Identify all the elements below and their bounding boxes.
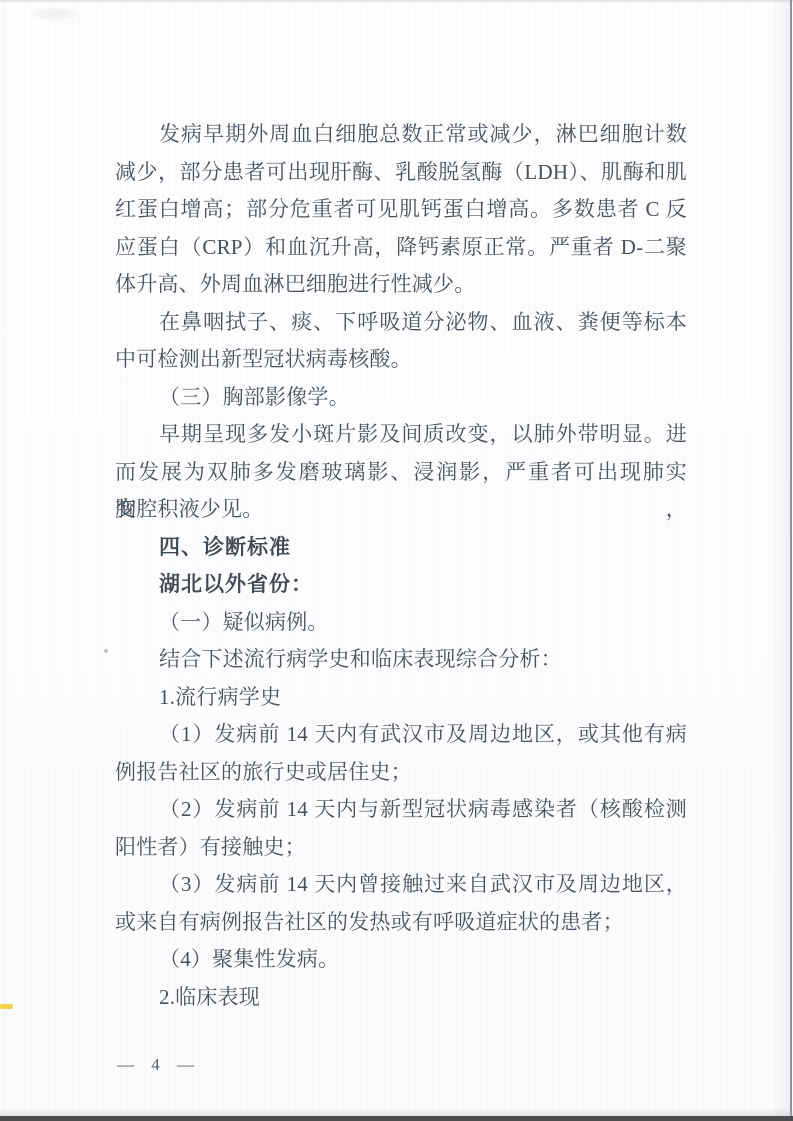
text-line: 红蛋白增高；部分危重者可见肌钙蛋白增高。多数患者 C 反 — [115, 191, 687, 229]
scan-edge-left — [4, 0, 5, 1121]
text-line: 而发展为双肺多发磨玻璃影、浸润影，严重者可出现肺实变， — [115, 454, 687, 492]
text-line: 早期呈现多发小斑片影及间质改变，以肺外带明显。进 — [115, 416, 687, 454]
subheading-clinical-manifestations: 2.临床表现 — [115, 979, 687, 1017]
page-number: — 4 — — [117, 1050, 195, 1080]
text-line: 或来自有病例报告社区的发热或有呼吸道症状的患者； — [115, 904, 687, 942]
text-line: （1）发病前 14 天内有武汉市及周边地区，或其他有病 — [115, 716, 687, 754]
text-line: 发病早期外周血白细胞总数正常或减少，淋巴细胞计数 — [115, 116, 687, 154]
scan-smudge — [32, 8, 78, 20]
subheading-cluster-onset: （4）聚集性发病。 — [115, 941, 687, 979]
text-line: 例报告社区的旅行史或居住史； — [115, 754, 687, 792]
text-line: 中可检测出新型冠状病毒核酸。 — [115, 341, 687, 379]
scan-edge-top — [0, 0, 793, 3]
scan-edge-right — [790, 0, 792, 1121]
subheading-epidemiological-history: 1.流行病学史 — [115, 679, 687, 717]
subheading-suspected-case: （一）疑似病例。 — [115, 604, 687, 642]
text-line: （2）发病前 14 天内与新型冠状病毒感染者（核酸检测 — [115, 791, 687, 829]
yellow-edge-mark — [0, 1004, 13, 1009]
text-line: 体升高、外周血淋巴细胞进行性减少。 — [115, 266, 687, 304]
section-heading-diagnosis-criteria: 四、诊断标准 — [115, 529, 687, 567]
text-line: 应蛋白（CRP）和血沉升高，降钙素原正常。严重者 D-二聚 — [115, 229, 687, 267]
scan-edge-bottom — [0, 1116, 793, 1121]
text-line: 结合下述流行病学史和临床表现综合分析： — [115, 641, 687, 679]
text-line: 阳性者）有接触史； — [115, 829, 687, 867]
subheading-provinces-outside-hubei: 湖北以外省份： — [115, 566, 687, 604]
scan-speck — [424, 439, 427, 442]
scan-speck — [104, 649, 108, 653]
text-line: 减少，部分患者可出现肝酶、乳酸脱氢酶（LDH）、肌酶和肌 — [115, 154, 687, 192]
subheading-chest-imaging: （三）胸部影像学。 — [115, 379, 687, 417]
document-page: 发病早期外周血白细胞总数正常或减少，淋巴细胞计数 减少，部分患者可出现肝酶、乳酸… — [0, 0, 793, 1121]
text-line: （3）发病前 14 天内曾接触过来自武汉市及周边地区， — [115, 866, 687, 904]
document-text-block: 发病早期外周血白细胞总数正常或减少，淋巴细胞计数 减少，部分患者可出现肝酶、乳酸… — [115, 116, 687, 1016]
scan-edge-right-shadow — [770, 0, 790, 1121]
scan-edge-bottom-shadow — [0, 1108, 793, 1116]
text-line: 在鼻咽拭子、痰、下呼吸道分泌物、血液、粪便等标本 — [115, 304, 687, 342]
